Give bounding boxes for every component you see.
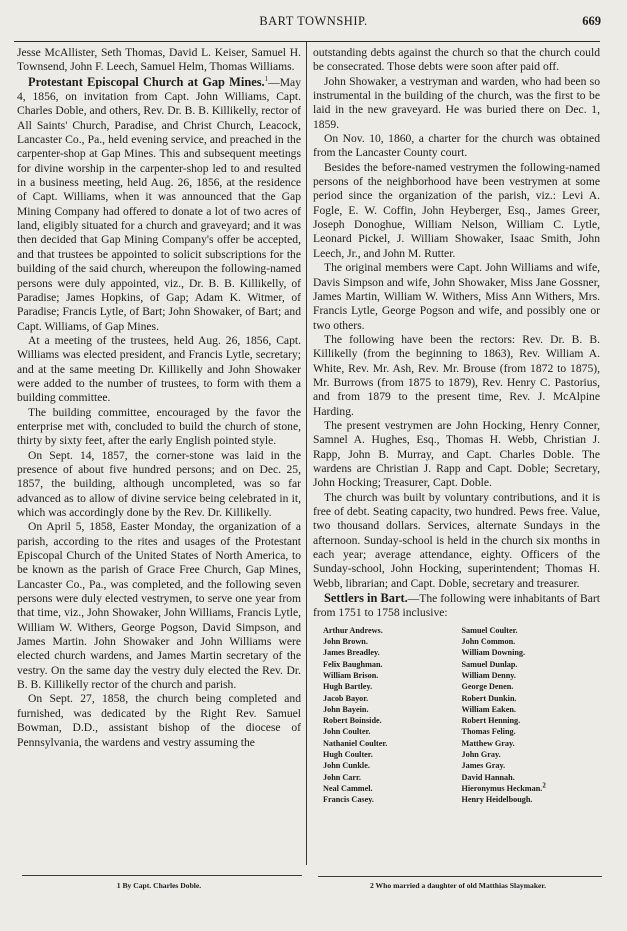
paragraph: John Showaker, a vestryman and warden, w…: [313, 75, 600, 132]
settler-name: John Brown.: [323, 636, 462, 647]
settlers-list-col1: Arthur Andrews. John Brown. James Breadl…: [323, 625, 462, 806]
paragraph: The church was built by voluntary contri…: [313, 491, 600, 591]
paragraph-text: —May 4, 1856, on invitation from Capt. J…: [17, 76, 301, 333]
settler-name: George Denen.: [462, 681, 601, 692]
settler-name: Samuel Coulter.: [462, 625, 601, 636]
header-rule: [14, 41, 600, 42]
settler-name: David Hannah.: [462, 772, 601, 783]
settler-name-heckman: Hieronymus Heckman.2: [462, 783, 601, 794]
settler-name: William Denny.: [462, 670, 601, 681]
settler-name: Matthew Gray.: [462, 738, 601, 749]
settler-name: Thomas Feling.: [462, 726, 601, 737]
paragraph: Besides the before-named vestrymen the f…: [313, 161, 600, 261]
right-column: outstanding debts against the church so …: [313, 46, 600, 806]
paragraph: On April 5, 1858, Easter Monday, the org…: [17, 520, 301, 692]
settler-name: Felix Baughman.: [323, 659, 462, 670]
settler-name: William Eaken.: [462, 704, 601, 715]
running-header: BART TOWNSHIP. 669: [0, 14, 627, 34]
settler-name: John Cunkle.: [323, 760, 462, 771]
running-title: BART TOWNSHIP.: [0, 14, 627, 29]
settler-name: John Carr.: [323, 772, 462, 783]
paragraph: On Sept. 27, 1858, the church being comp…: [17, 692, 301, 749]
settler-name: Hugh Bartley.: [323, 681, 462, 692]
footnote-1: 1 By Capt. Charles Doble.: [17, 881, 301, 890]
section-heading: Protestant Episcopal Church at Gap Mines…: [28, 75, 265, 89]
settler-name: Hieronymus Heckman.: [462, 784, 543, 793]
settler-name: Neal Cammel.: [323, 783, 462, 794]
paragraph: outstanding debts against the church so …: [313, 46, 600, 75]
paragraph: On Sept. 14, 1857, the corner-stone was …: [17, 449, 301, 521]
settler-name: Francis Casey.: [323, 794, 462, 805]
paragraph: The present vestrymen are John Hocking, …: [313, 419, 600, 491]
settler-name: John Common.: [462, 636, 601, 647]
paragraph: At a meeting of the trustees, held Aug. …: [17, 334, 301, 406]
paragraph: The original members were Capt. John Wil…: [313, 261, 600, 333]
settler-name: Jacob Bayor.: [323, 693, 462, 704]
left-column: Jesse McAllister, Seth Thomas, David L. …: [17, 46, 301, 750]
footnote-rule-right: [318, 876, 602, 877]
settler-name: Robert Boinside.: [323, 715, 462, 726]
section-heading: Settlers in Bart.: [324, 591, 408, 605]
settler-name: James Breadley.: [323, 647, 462, 658]
footnote-rule-left: [22, 875, 302, 876]
footnote-ref: 2: [542, 781, 546, 789]
settler-name: Arthur Andrews.: [323, 625, 462, 636]
settler-name: William Downing.: [462, 647, 601, 658]
footnote-2: 2 Who married a daughter of old Matthias…: [313, 881, 603, 890]
paragraph-settlers: Settlers in Bart.—The following were inh…: [313, 591, 600, 621]
paragraph-gap-mines-church: Protestant Episcopal Church at Gap Mines…: [17, 75, 301, 334]
paragraph: Jesse McAllister, Seth Thomas, David L. …: [17, 46, 301, 75]
book-page: BART TOWNSHIP. 669 Jesse McAllister, Set…: [0, 0, 627, 931]
settler-name: John Coulter.: [323, 726, 462, 737]
settler-name: Samuel Dunlap.: [462, 659, 601, 670]
column-divider: [306, 42, 307, 865]
settler-name: James Gray.: [462, 760, 601, 771]
settler-name: Robert Dunkin.: [462, 693, 601, 704]
settler-name: John Bayein.: [323, 704, 462, 715]
settler-name: Hugh Coulter.: [323, 749, 462, 760]
settler-name: Robert Henning.: [462, 715, 601, 726]
paragraph: On Nov. 10, 1860, a charter for the chur…: [313, 132, 600, 161]
settler-name: Nathaniel Coulter.: [323, 738, 462, 749]
settler-name: William Brison.: [323, 670, 462, 681]
settler-name: John Gray.: [462, 749, 601, 760]
paragraph: The following have been the rectors: Rev…: [313, 333, 600, 419]
settler-name: Henry Heidelbough.: [462, 794, 601, 805]
page-number: 669: [582, 14, 601, 29]
settlers-list-col2: Samuel Coulter. John Common. William Dow…: [462, 625, 601, 806]
paragraph: The building committee, encouraged by th…: [17, 406, 301, 449]
settlers-list: Arthur Andrews. John Brown. James Breadl…: [323, 625, 600, 806]
